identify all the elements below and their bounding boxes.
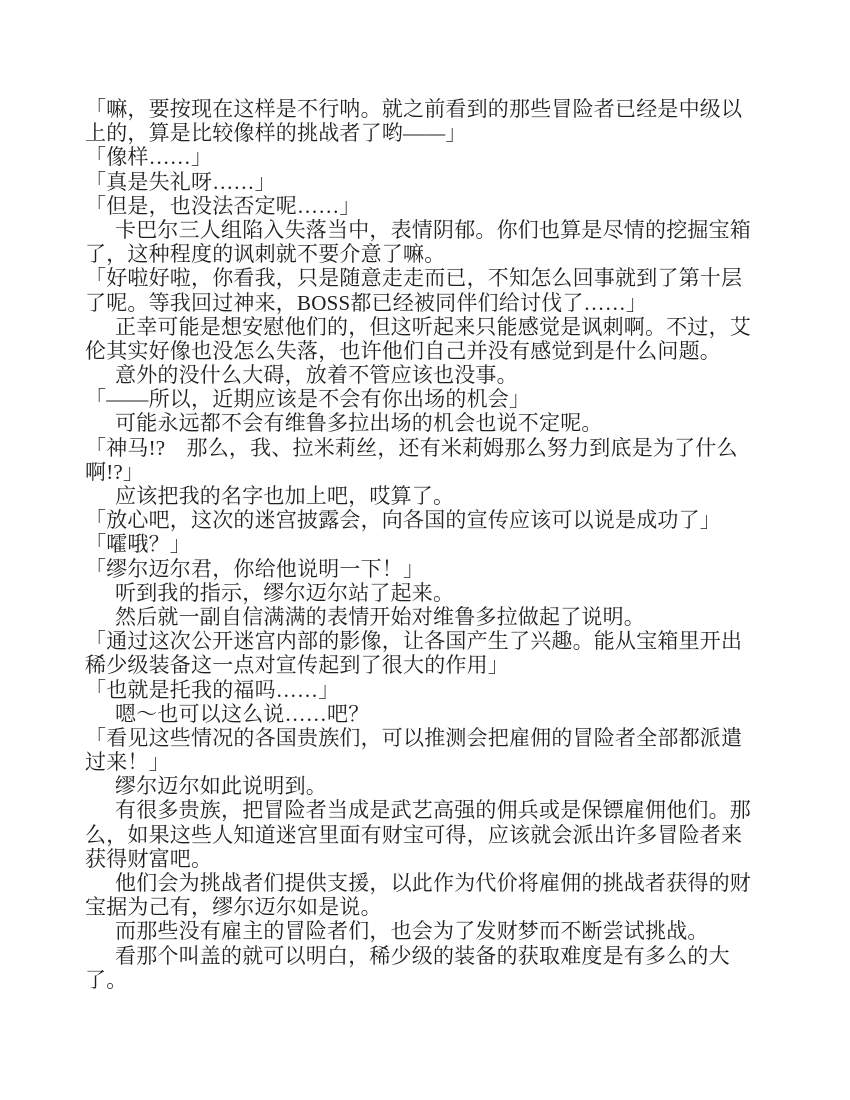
text-line: 看那个叫盖的就可以明白，稀少级的装备的获取难度是有多么的大: [85, 944, 775, 968]
text-line: 嗯～也可以这么说……吧？: [85, 702, 775, 726]
text-line: 他们会为挑战者们提供支援，以此作为代价将雇佣的挑战者获得的财: [85, 871, 775, 895]
text-line: 应该把我的名字也加上吧，哎算了。: [85, 484, 775, 508]
text-line: 「像样……」: [85, 145, 775, 169]
text-line: 「缪尔迈尔君，你给他说明一下！」: [85, 557, 775, 581]
text-line: 稀少级装备这一点对宣传起到了很大的作用」: [85, 653, 775, 677]
text-line: 啊!?」: [85, 460, 775, 484]
text-line: 「真是失礼呀……」: [85, 170, 775, 194]
text-line: 伦其实好像也没怎么失落，也许他们自己并没有感觉到是什么问题。: [85, 339, 775, 363]
text-line: 了。: [85, 968, 775, 992]
text-line: 宝据为己有，缪尔迈尔如是说。: [85, 895, 775, 919]
text-line: 「嘛，要按现在这样是不行呐。就之前看到的那些冒险者已经是中级以: [85, 97, 775, 121]
text-line: 「也就是托我的福吗……」: [85, 678, 775, 702]
text-line: 「——所以，近期应该是不会有你出场的机会」: [85, 387, 775, 411]
novel-text-block: 「嘛，要按现在这样是不行呐。就之前看到的那些冒险者已经是中级以 上的，算是比较像…: [85, 97, 775, 992]
text-line: 「看见这些情况的各国贵族们，可以推测会把雇佣的冒险者全部都派遣: [85, 726, 775, 750]
text-line: 卡巴尔三人组陷入失落当中，表情阴郁。你们也算是尽情的挖掘宝箱: [85, 218, 775, 242]
text-line: 意外的没什么大碍，放着不管应该也没事。: [85, 363, 775, 387]
text-line: 可能永远都不会有维鲁多拉出场的机会也说不定呢。: [85, 411, 775, 435]
text-line: 「通过这次公开迷宫内部的影像，让各国产生了兴趣。能从宝箱里开出: [85, 629, 775, 653]
text-line: 获得财富吧。: [85, 847, 775, 871]
text-line: 而那些没有雇主的冒险者们，也会为了发财梦而不断尝试挑战。: [85, 919, 775, 943]
text-line: 然后就一副自信满满的表情开始对维鲁多拉做起了说明。: [85, 605, 775, 629]
text-line: 「好啦好啦，你看我，只是随意走走而已，不知怎么回事就到了第十层: [85, 266, 775, 290]
text-line: 听到我的指示，缪尔迈尔站了起来。: [85, 581, 775, 605]
text-line: 过来！」: [85, 750, 775, 774]
text-line: 么，如果这些人知道迷宫里面有财宝可得，应该就会派出许多冒险者来: [85, 823, 775, 847]
text-line: 了呢。等我回过神来，BOSS都已经被同伴们给讨伐了……」: [85, 291, 775, 315]
text-line: 上的，算是比较像样的挑战者了哟——」: [85, 121, 775, 145]
text-line: 正幸可能是想安慰他们的，但这听起来只能感觉是讽刺啊。不过，艾: [85, 315, 775, 339]
text-line: 缪尔迈尔如此说明到。: [85, 774, 775, 798]
ebook-page: 「嘛，要按现在这样是不行呐。就之前看到的那些冒险者已经是中级以 上的，算是比较像…: [0, 0, 850, 1100]
text-line: 「但是，也没法否定呢……」: [85, 194, 775, 218]
text-line: 「放心吧，这次的迷宫披露会，向各国的宣传应该可以说是成功了」: [85, 508, 775, 532]
text-line: 有很多贵族，把冒险者当成是武艺高强的佣兵或是保镖雇佣他们。那: [85, 798, 775, 822]
text-line: 「神马!? 那么，我、拉米莉丝，还有米莉姆那么努力到底是为了什么: [85, 436, 775, 460]
text-line: 「嚯哦？」: [85, 532, 775, 556]
text-line: 了，这种程度的讽刺就不要介意了嘛。: [85, 242, 775, 266]
